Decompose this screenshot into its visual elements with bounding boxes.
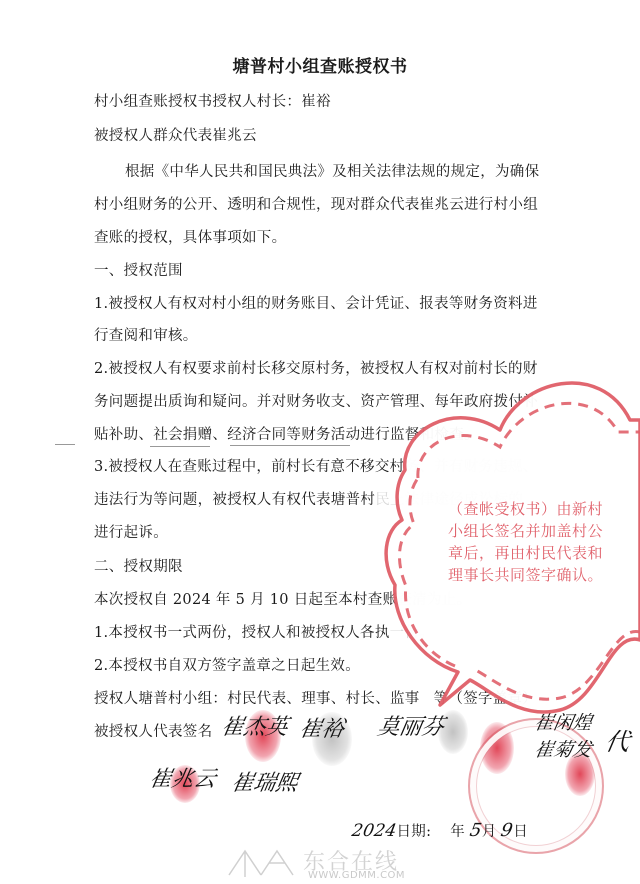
scope-item-2-line-3: 贴补助、社会捐赠、经济合同等财务活动进行监督和检查。 bbox=[94, 423, 479, 444]
callout-line: 小组长签名并加盖村公 bbox=[448, 520, 640, 542]
authorization-period: 本次授权自 2024 年 5 月 10 日起至本村查账查清为止。 bbox=[94, 588, 471, 609]
intro-line-1: 根据《中华人民共和国民典法》及相关法律法规的规定，为确保 bbox=[125, 160, 539, 181]
year-suffix: 年 bbox=[450, 824, 465, 840]
scope-item-3-text: 3.被授权人在查账过程中，前村长有意不移交村 bbox=[94, 459, 404, 475]
watermark-url: WWW.GDMM.COM bbox=[308, 870, 405, 881]
scope-item-3-faded-text: 务、并有财务违规、 bbox=[404, 459, 537, 475]
signature: 崔菊发 bbox=[533, 735, 595, 762]
term-item-2: 2.本授权书自双方签字盖章之日起生效。 bbox=[94, 654, 360, 675]
month-suffix: 月 bbox=[482, 824, 497, 840]
site-watermark: 东合在线 WWW.GDMM.COM bbox=[225, 845, 425, 883]
term-item-1: 1.本授权书一式两份，授权人和被授权人各执一份。 bbox=[94, 621, 434, 642]
intro-line-3: 查账的授权，具体事项如下。 bbox=[94, 226, 286, 247]
signature: 代 bbox=[603, 722, 633, 757]
intro-line-2: 村小组财务的公开、透明和合规性，现对群众代表崔兆云进行村小组 bbox=[94, 193, 538, 214]
signature: 崔裕 bbox=[297, 712, 346, 743]
document-title: 塘普村小组查账授权书 bbox=[0, 52, 640, 77]
signatories-text: 授权人塘普村小组：村民代表、理事、村长、监事 bbox=[94, 691, 420, 707]
term-item-1-faded-text: 一份。 bbox=[390, 625, 434, 641]
callout-line: 理事长共同签字确认。 bbox=[448, 564, 640, 586]
signature: 崔闲煌 bbox=[533, 708, 595, 735]
grantee-sign-label: 被授权人代表签名 bbox=[94, 720, 212, 741]
scope-item-2-line-2: 务问题提出质询和疑问。并对财务收支、资产管理、每年政府拨付补 bbox=[94, 390, 538, 411]
scope-item-3-line-3: 进行起诉。 bbox=[94, 521, 168, 542]
callout-line: （查帐受权书）由新村 bbox=[448, 498, 640, 520]
signatories-suffix: 等（签字盖章） bbox=[434, 691, 538, 707]
signatories-line: 授权人塘普村小组：村民代表、理事、村长、监事等（签字盖章） bbox=[94, 687, 537, 708]
section1-heading: 一、授权范围 bbox=[94, 259, 183, 280]
section2-heading: 二、授权期限 bbox=[94, 555, 183, 576]
scope-item-3-text: 违法行为等问题，被授权人有权代表塘普村 bbox=[94, 492, 375, 508]
grantee-line: 被授权人群众代表崔兆云 bbox=[94, 124, 257, 145]
scope-item-1-line-2: 行查阅和审核。 bbox=[94, 324, 198, 345]
signature: 崔瑞熙 bbox=[229, 766, 300, 797]
pen-mark bbox=[230, 445, 350, 446]
signature: 崔兆云 bbox=[147, 762, 218, 793]
scope-item-1-line-1: 1.被授权人有权对村小组的财务账目、会计凭证、报表等财务资料进 bbox=[94, 292, 538, 313]
pen-mark bbox=[150, 446, 210, 447]
term-item-1-text: 1.本授权书一式两份，授权人和被授权人各执 bbox=[94, 625, 390, 641]
signature: 莫丽芬 bbox=[375, 710, 446, 741]
date-line: 2024日期: 年 5月 9日 bbox=[352, 820, 528, 841]
authorizer-line: 村小组查账授权书授权人村长：崔裕 bbox=[94, 90, 331, 111]
day-suffix: 日 bbox=[513, 824, 528, 840]
pen-mark bbox=[55, 444, 75, 445]
callout-annotation: （查帐受权书）由新村 小组长签名并加盖村公 章后，再由村民代表和 理事长共同签字… bbox=[448, 498, 640, 586]
scope-item-2-line-1: 2.被授权人有权要求前村长移交原村务，被授权人有权对前村长的财 bbox=[94, 357, 538, 378]
period-text: 本次授权自 2024 年 5 月 10 日起至本村查账 bbox=[94, 592, 397, 608]
date-label: 日期: bbox=[396, 824, 431, 840]
signature: 崔杰英 bbox=[219, 710, 290, 741]
handwritten-year: 2024 bbox=[350, 821, 398, 841]
authorization-document: 塘普村小组查账授权书 村小组查账授权书授权人村长：崔裕 被授权人群众代表崔兆云 … bbox=[0, 0, 640, 884]
scope-item-3-line-1: 3.被授权人在查账过程中，前村长有意不移交村务、并有财务违规、 bbox=[94, 455, 538, 476]
watermark-logo-icon bbox=[225, 845, 299, 881]
callout-line: 章后，再由村民代表和 bbox=[448, 542, 640, 564]
period-faded-text: 查清为止。 bbox=[397, 592, 471, 608]
